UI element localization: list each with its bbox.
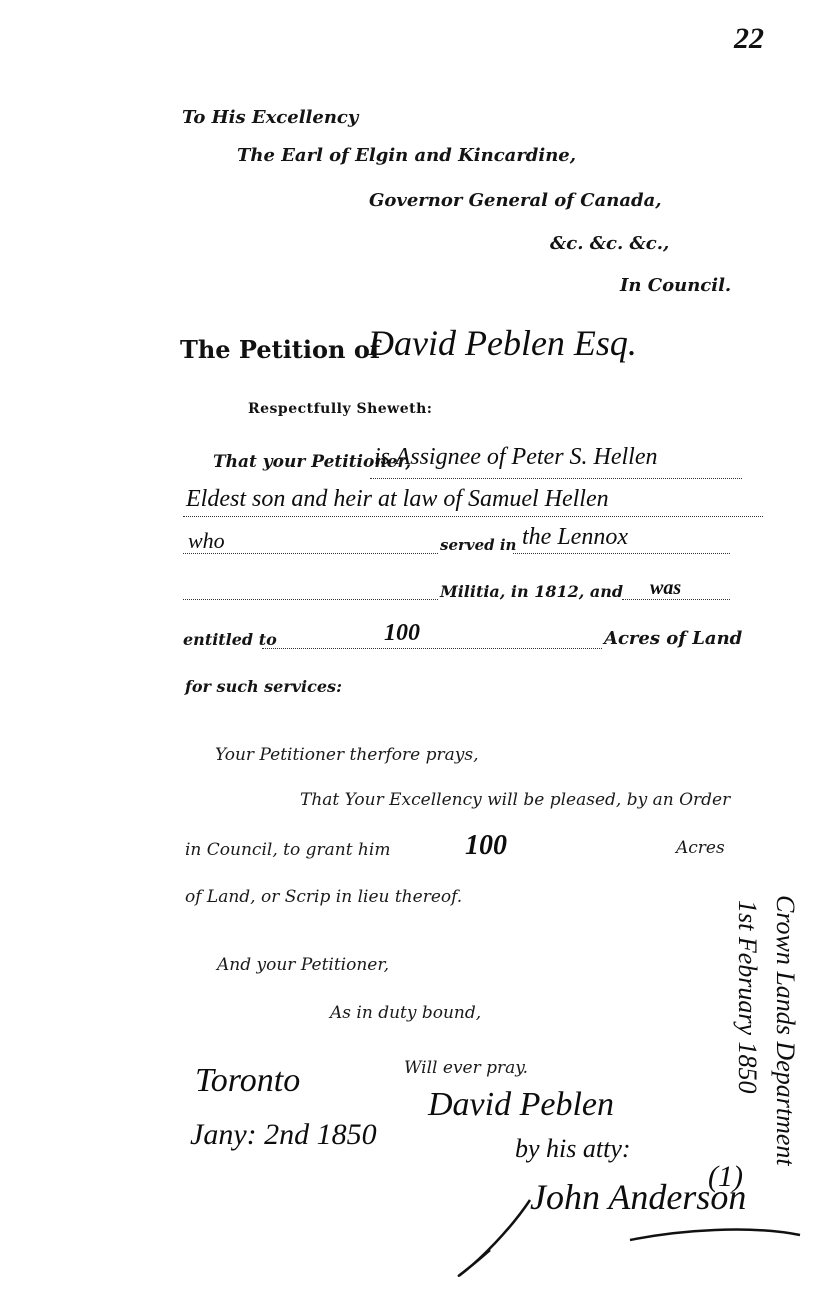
body-line-5-printed-a: entitled to bbox=[183, 630, 277, 649]
address-line-3: Governor General of Canada, bbox=[369, 190, 662, 211]
body-line-4-printed: Militia, in 1812, and bbox=[440, 582, 623, 601]
fill-line-4a bbox=[183, 599, 438, 600]
margin-note-mark: (1) bbox=[708, 1160, 743, 1194]
body-line-3-printed: served in bbox=[440, 536, 516, 554]
margin-note-line-1: Crown Lands Department bbox=[770, 895, 800, 1166]
body-line-1-handwritten: is Assignee of Peter S. Hellen bbox=[374, 444, 658, 471]
margin-note-line-2: 1st February 1850 bbox=[732, 900, 762, 1094]
address-line-2: The Earl of Elgin and Kincardine, bbox=[237, 145, 576, 166]
signature-name: David Peblen bbox=[428, 1086, 614, 1124]
body-line-4-handwritten: was bbox=[650, 577, 681, 600]
body-line-5-printed-b: Acres of Land bbox=[604, 628, 742, 649]
body-line-2-handwritten: Eldest son and heir at law of Samuel Hel… bbox=[186, 486, 609, 513]
fill-line-1 bbox=[370, 478, 742, 479]
closing-line-3: Will ever pray. bbox=[404, 1058, 528, 1078]
body-line-3-handwritten-b: the Lennox bbox=[522, 524, 628, 551]
address-line-1: To His Excellency bbox=[182, 107, 358, 128]
fill-line-2 bbox=[183, 516, 763, 517]
body-line-3-handwritten-a: who bbox=[188, 528, 225, 554]
signature-by: by his atty: bbox=[515, 1134, 631, 1164]
place: Toronto bbox=[195, 1062, 300, 1100]
petition-heading: The Petition of bbox=[180, 335, 380, 364]
prayer-line-2: That Your Excellency will be pleased, by… bbox=[300, 790, 730, 810]
petitioner-name: David Peblen Esq. bbox=[368, 322, 637, 364]
body-line-5-handwritten: 100 bbox=[384, 620, 420, 647]
date: Jany: 2nd 1850 bbox=[190, 1118, 377, 1152]
prayer-line-4: of Land, or Scrip in lieu thereof. bbox=[185, 887, 462, 907]
page-number: 22 bbox=[734, 22, 764, 56]
fill-line-5 bbox=[262, 648, 602, 649]
fill-line-3b bbox=[513, 553, 730, 554]
prayer-line-3b: Acres bbox=[676, 838, 725, 858]
signature-flourish bbox=[450, 1180, 810, 1280]
closing-line-2: As in duty bound, bbox=[330, 1003, 481, 1023]
prayer-line-3-handwritten: 100 bbox=[465, 830, 507, 862]
body-line-6-printed: for such services: bbox=[185, 677, 342, 696]
address-line-5: In Council. bbox=[620, 275, 731, 296]
closing-line-1: And your Petitioner, bbox=[217, 955, 389, 975]
prayer-line-1: Your Petitioner therfore prays, bbox=[215, 745, 478, 765]
salutation: Respectfully Sheweth: bbox=[248, 401, 432, 417]
prayer-line-3a: in Council, to grant him bbox=[185, 840, 390, 860]
address-line-4: &c. &c. &c., bbox=[550, 233, 669, 254]
